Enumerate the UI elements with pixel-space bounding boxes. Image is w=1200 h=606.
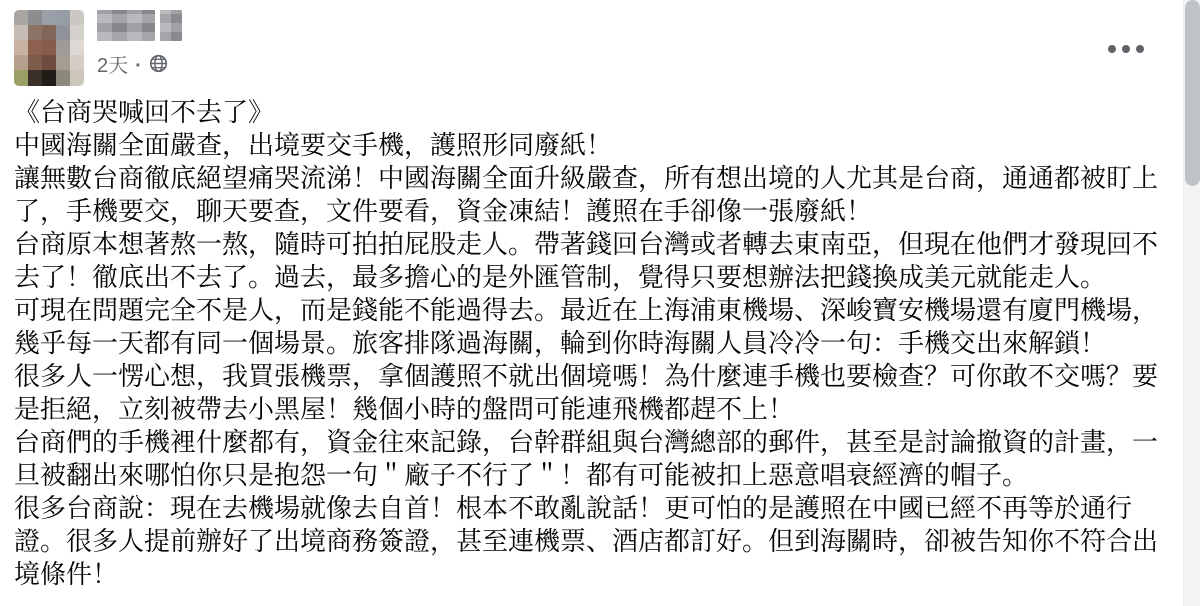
post-paragraph: 很多人一愣心想，我買張機票，拿個護照不就出個境嗎！為什麼連手機也要檢查？可你敢不… (14, 360, 1172, 426)
avatar[interactable] (14, 10, 84, 86)
scrollbar-track[interactable] (1183, 0, 1200, 606)
facebook-post: 2天 · 《台商哭喊回不去了》 中國海關全面嚴查，出境 (14, 10, 1172, 591)
post-paragraph: 台商原本想著熬一熬，隨時可拍拍屁股走人。帶著錢回台灣或者轉去東南亞，但現在他們才… (14, 228, 1172, 294)
separator-dot: · (135, 55, 142, 77)
author-name-redacted[interactable] (97, 10, 182, 41)
post-timestamp[interactable]: 2天 (97, 55, 128, 77)
scrollbar-thumb[interactable] (1185, 0, 1200, 186)
post-content: 《台商哭喊回不去了》 中國海關全面嚴查，出境要交手機，護照形同廢紙！ 讓無數台商… (14, 96, 1172, 591)
post-paragraph: 讓無數台商徹底絕望痛哭流涕！中國海關全面升級嚴查，所有想出境的人尤其是台商，通通… (14, 162, 1172, 228)
post-paragraph: 台商們的手機裡什麼都有，資金往來記錄，台幹群組與台灣總部的郵件，甚至是討論撤資的… (14, 426, 1172, 492)
post-meta: 2天 · (97, 10, 182, 78)
post-paragraph: 可現在問題完全不是人，而是錢能不能過得去。最近在上海浦東機場、深峻寶安機場還有廈… (14, 294, 1172, 360)
post-paragraph: 中國海關全面嚴查，出境要交手機，護照形同廢紙！ (14, 129, 1172, 162)
post-title-line: 《台商哭喊回不去了》 (14, 96, 1172, 129)
avatar-pixelated-image (14, 10, 84, 86)
name-censor-block (160, 10, 182, 41)
post-header: 2天 · (14, 10, 1172, 90)
globe-public-icon (149, 54, 168, 78)
post-subline: 2天 · (97, 54, 182, 78)
post-options-button[interactable] (1102, 39, 1150, 59)
ellipsis-dot (1108, 45, 1116, 53)
ellipsis-dot (1136, 45, 1144, 53)
post-paragraph: 很多台商說：現在去機場就像去自首！根本不敢亂說話！更可怕的是護照在中國已經不再等… (14, 492, 1172, 591)
ellipsis-dot (1122, 45, 1130, 53)
name-censor-block (97, 10, 155, 41)
